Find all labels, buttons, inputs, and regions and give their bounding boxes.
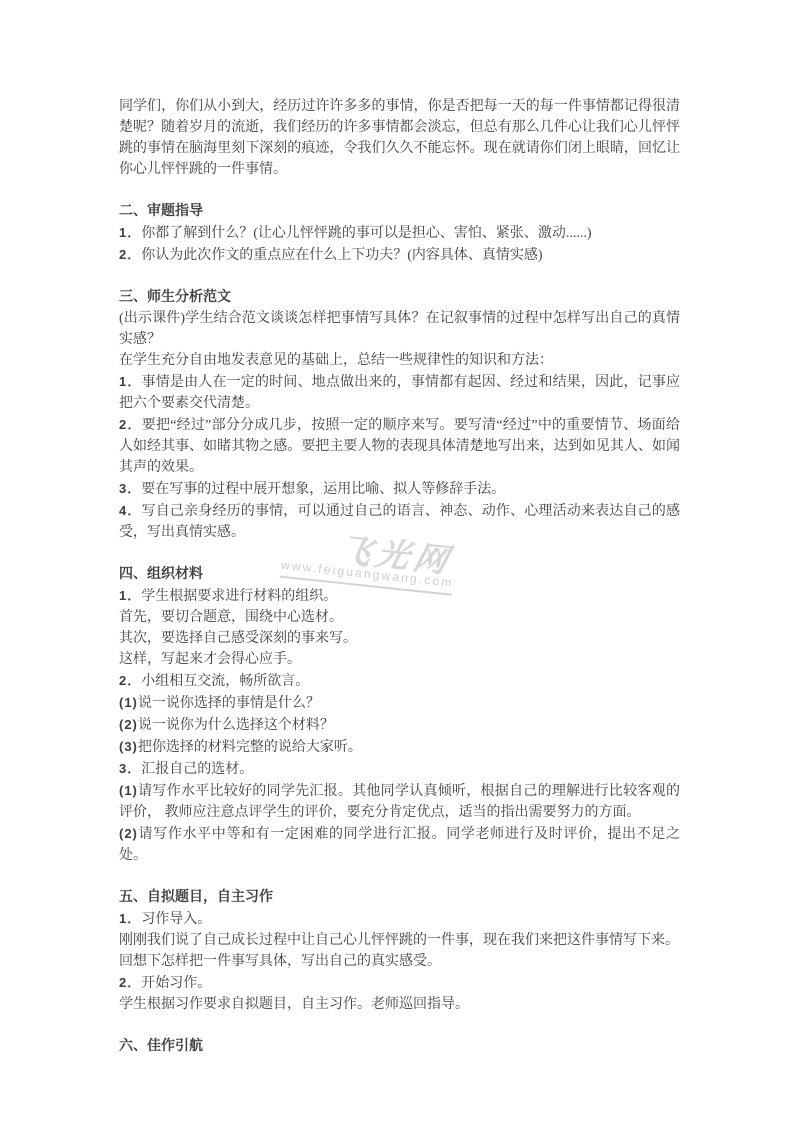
- section-heading-text: 三、师生分析范文: [119, 290, 231, 305]
- section-heading-text: 六、佳作引航: [119, 1039, 203, 1054]
- text-run: 学生根据要求进行材料的组织。: [141, 589, 337, 604]
- list-item: 1．你都了解到什么？(让心儿怦怦跳的事可以是担心、害怕、紧张、激动......): [119, 222, 680, 244]
- item-number: 4．: [119, 503, 142, 518]
- list-item: 1．事情是由人在一定的时间、地点做出来的，事情都有起因、经过和结果，因此，记事应…: [119, 371, 680, 414]
- section-heading: 六、佳作引航: [119, 1036, 680, 1057]
- item-number: (3): [119, 739, 138, 754]
- paragraph: 首先，要切合题意，围绕中心选材。: [119, 607, 680, 628]
- section-heading: 五、自拟题目，自主习作: [119, 887, 680, 908]
- document-content: 同学们，你们从小到大，经历过许许多多的事情，你是否把每一天的每一件事情都记得很清…: [119, 96, 680, 1057]
- section-heading: 四、组织材料: [119, 564, 680, 585]
- text-run: 汇报自己的选材。: [141, 762, 253, 777]
- list-item: 2．开始习作。: [119, 972, 680, 994]
- text-run: 其次，要选择自己感受深刻的事来写。: [119, 631, 357, 646]
- section-heading: 二、审题指导: [119, 201, 680, 222]
- item-number: 1．: [119, 911, 141, 926]
- text-run: 回想下怎样把一件事写具体，写出自己的真实感受。: [119, 954, 441, 969]
- text-run: 刚刚我们说了自己成长过程中让自己心儿怦怦跳的一件事，现在我们来把这件事情写下来。: [119, 933, 679, 948]
- paragraph: 刚刚我们说了自己成长过程中让自己心儿怦怦跳的一件事，现在我们来把这件事情写下来。: [119, 930, 680, 951]
- item-number: 1．: [119, 374, 142, 389]
- item-number: 2．: [119, 673, 141, 688]
- item-number: 2．: [119, 975, 141, 990]
- paragraph: 学生根据习作要求自拟题目，自主习作。老师巡回指导。: [119, 994, 680, 1015]
- paragraph: 其次，要选择自己感受深刻的事来写。: [119, 628, 680, 649]
- list-item: (1)说一说你选择的事情是什么？: [119, 692, 680, 714]
- item-number: 2．: [119, 417, 142, 432]
- text-run: 同学们，你们从小到大，经历过许许多多的事情，你是否把每一天的每一件事情都记得很清…: [119, 99, 680, 177]
- text-run: (出示课件)学生结合范文谈谈怎样把事情写具体？在记叙事情的过程中怎样写出自己的真…: [119, 311, 680, 347]
- text-run: 这样，写起来才会得心应手。: [119, 652, 301, 667]
- item-number: 2．: [119, 247, 141, 262]
- paragraph: 回想下怎样把一件事写具体，写出自己的真实感受。: [119, 951, 680, 972]
- section-heading-text: 四、组织材料: [119, 567, 203, 582]
- item-number: (2): [119, 826, 138, 841]
- text-run: 小组相互交流，畅所欲言。: [141, 674, 309, 689]
- text-run: 开始习作。: [141, 976, 211, 991]
- text-run: 要在写事的过程中展开想象，运用比喻、拟人等修辞手法。: [141, 482, 505, 497]
- item-number: 3．: [119, 761, 141, 776]
- text-run: 说一说你为什么选择这个材料？: [138, 718, 334, 733]
- text-run: 把你选择的材料完整的说给大家听。: [138, 740, 362, 755]
- list-item: (2)说一说你为什么选择这个材料？: [119, 714, 680, 736]
- list-item: (3)把你选择的材料完整的说给大家听。: [119, 736, 680, 758]
- document-page: 飞光网 www.feiguangwang.com 同学们，你们从小到大，经历过许…: [0, 0, 793, 1122]
- paragraph: 在学生充分自由地发表意见的基础上，总结一些规律性的知识和方法：: [119, 350, 680, 371]
- paragraph: (出示课件)学生结合范文谈谈怎样把事情写具体？在记叙事情的过程中怎样写出自己的真…: [119, 308, 680, 350]
- text-run: 学生根据习作要求自拟题目，自主习作。老师巡回指导。: [119, 997, 469, 1012]
- section-heading-text: 五、自拟题目，自主习作: [119, 890, 273, 905]
- text-run: 写自己亲身经历的事情，可以通过自己的语言、神态、动作、心理活动来表达自己的感受，…: [119, 504, 680, 540]
- text-run: 你认为此次作文的重点应在什么上下功夫？(内容具体、真情实感): [141, 248, 542, 263]
- section-heading-text: 二、审题指导: [119, 204, 203, 219]
- list-item: 1．学生根据要求进行材料的组织。: [119, 585, 680, 607]
- item-number: 1．: [119, 225, 141, 240]
- list-item: 2．你认为此次作文的重点应在什么上下功夫？(内容具体、真情实感): [119, 244, 680, 266]
- item-number: (1): [119, 695, 138, 710]
- section-heading: 三、师生分析范文: [119, 287, 680, 308]
- list-item: 4．写自己亲身经历的事情，可以通过自己的语言、神态、动作、心理活动来表达自己的感…: [119, 500, 680, 543]
- text-run: 在学生充分自由地发表意见的基础上，总结一些规律性的知识和方法：: [119, 353, 553, 368]
- item-number: (1): [119, 783, 138, 798]
- item-number: (2): [119, 717, 138, 732]
- list-item: 3．要在写事的过程中展开想象，运用比喻、拟人等修辞手法。: [119, 478, 680, 500]
- paragraph: 同学们，你们从小到大，经历过许许多多的事情，你是否把每一天的每一件事情都记得很清…: [119, 96, 680, 180]
- text-run: 要把“经过”部分分成几步，按照一定的顺序来写。要写清“经过”中的重要情节、场面给…: [119, 418, 680, 475]
- item-number: 1．: [119, 588, 141, 603]
- text-run: 请写作水平比较好的同学先汇报。其他同学认真倾听，根据自己的理解进行比较客观的评价…: [119, 784, 680, 820]
- list-item: 2．要把“经过”部分分成几步，按照一定的顺序来写。要写清“经过”中的重要情节、场…: [119, 414, 680, 478]
- list-item: (2)请写作水平中等和有一定困难的同学进行汇报。同学老师进行及时评价，提出不足之…: [119, 823, 680, 866]
- text-run: 事情是由人在一定的时间、地点做出来的，事情都有起因、经过和结果，因此，记事应把六…: [119, 375, 680, 411]
- text-run: 习作导入。: [141, 912, 211, 927]
- text-run: 首先，要切合题意，围绕中心选材。: [119, 610, 343, 625]
- list-item: (1)请写作水平比较好的同学先汇报。其他同学认真倾听，根据自己的理解进行比较客观…: [119, 780, 680, 823]
- list-item: 3．汇报自己的选材。: [119, 758, 680, 780]
- text-run: 你都了解到什么？(让心儿怦怦跳的事可以是担心、害怕、紧张、激动......): [141, 226, 591, 241]
- list-item: 2．小组相互交流，畅所欲言。: [119, 670, 680, 692]
- list-item: 1．习作导入。: [119, 908, 680, 930]
- item-number: 3．: [119, 481, 141, 496]
- paragraph: 这样，写起来才会得心应手。: [119, 649, 680, 670]
- text-run: 说一说你选择的事情是什么？: [138, 696, 320, 711]
- text-run: 请写作水平中等和有一定困难的同学进行汇报。同学老师进行及时评价，提出不足之处。: [119, 827, 680, 863]
